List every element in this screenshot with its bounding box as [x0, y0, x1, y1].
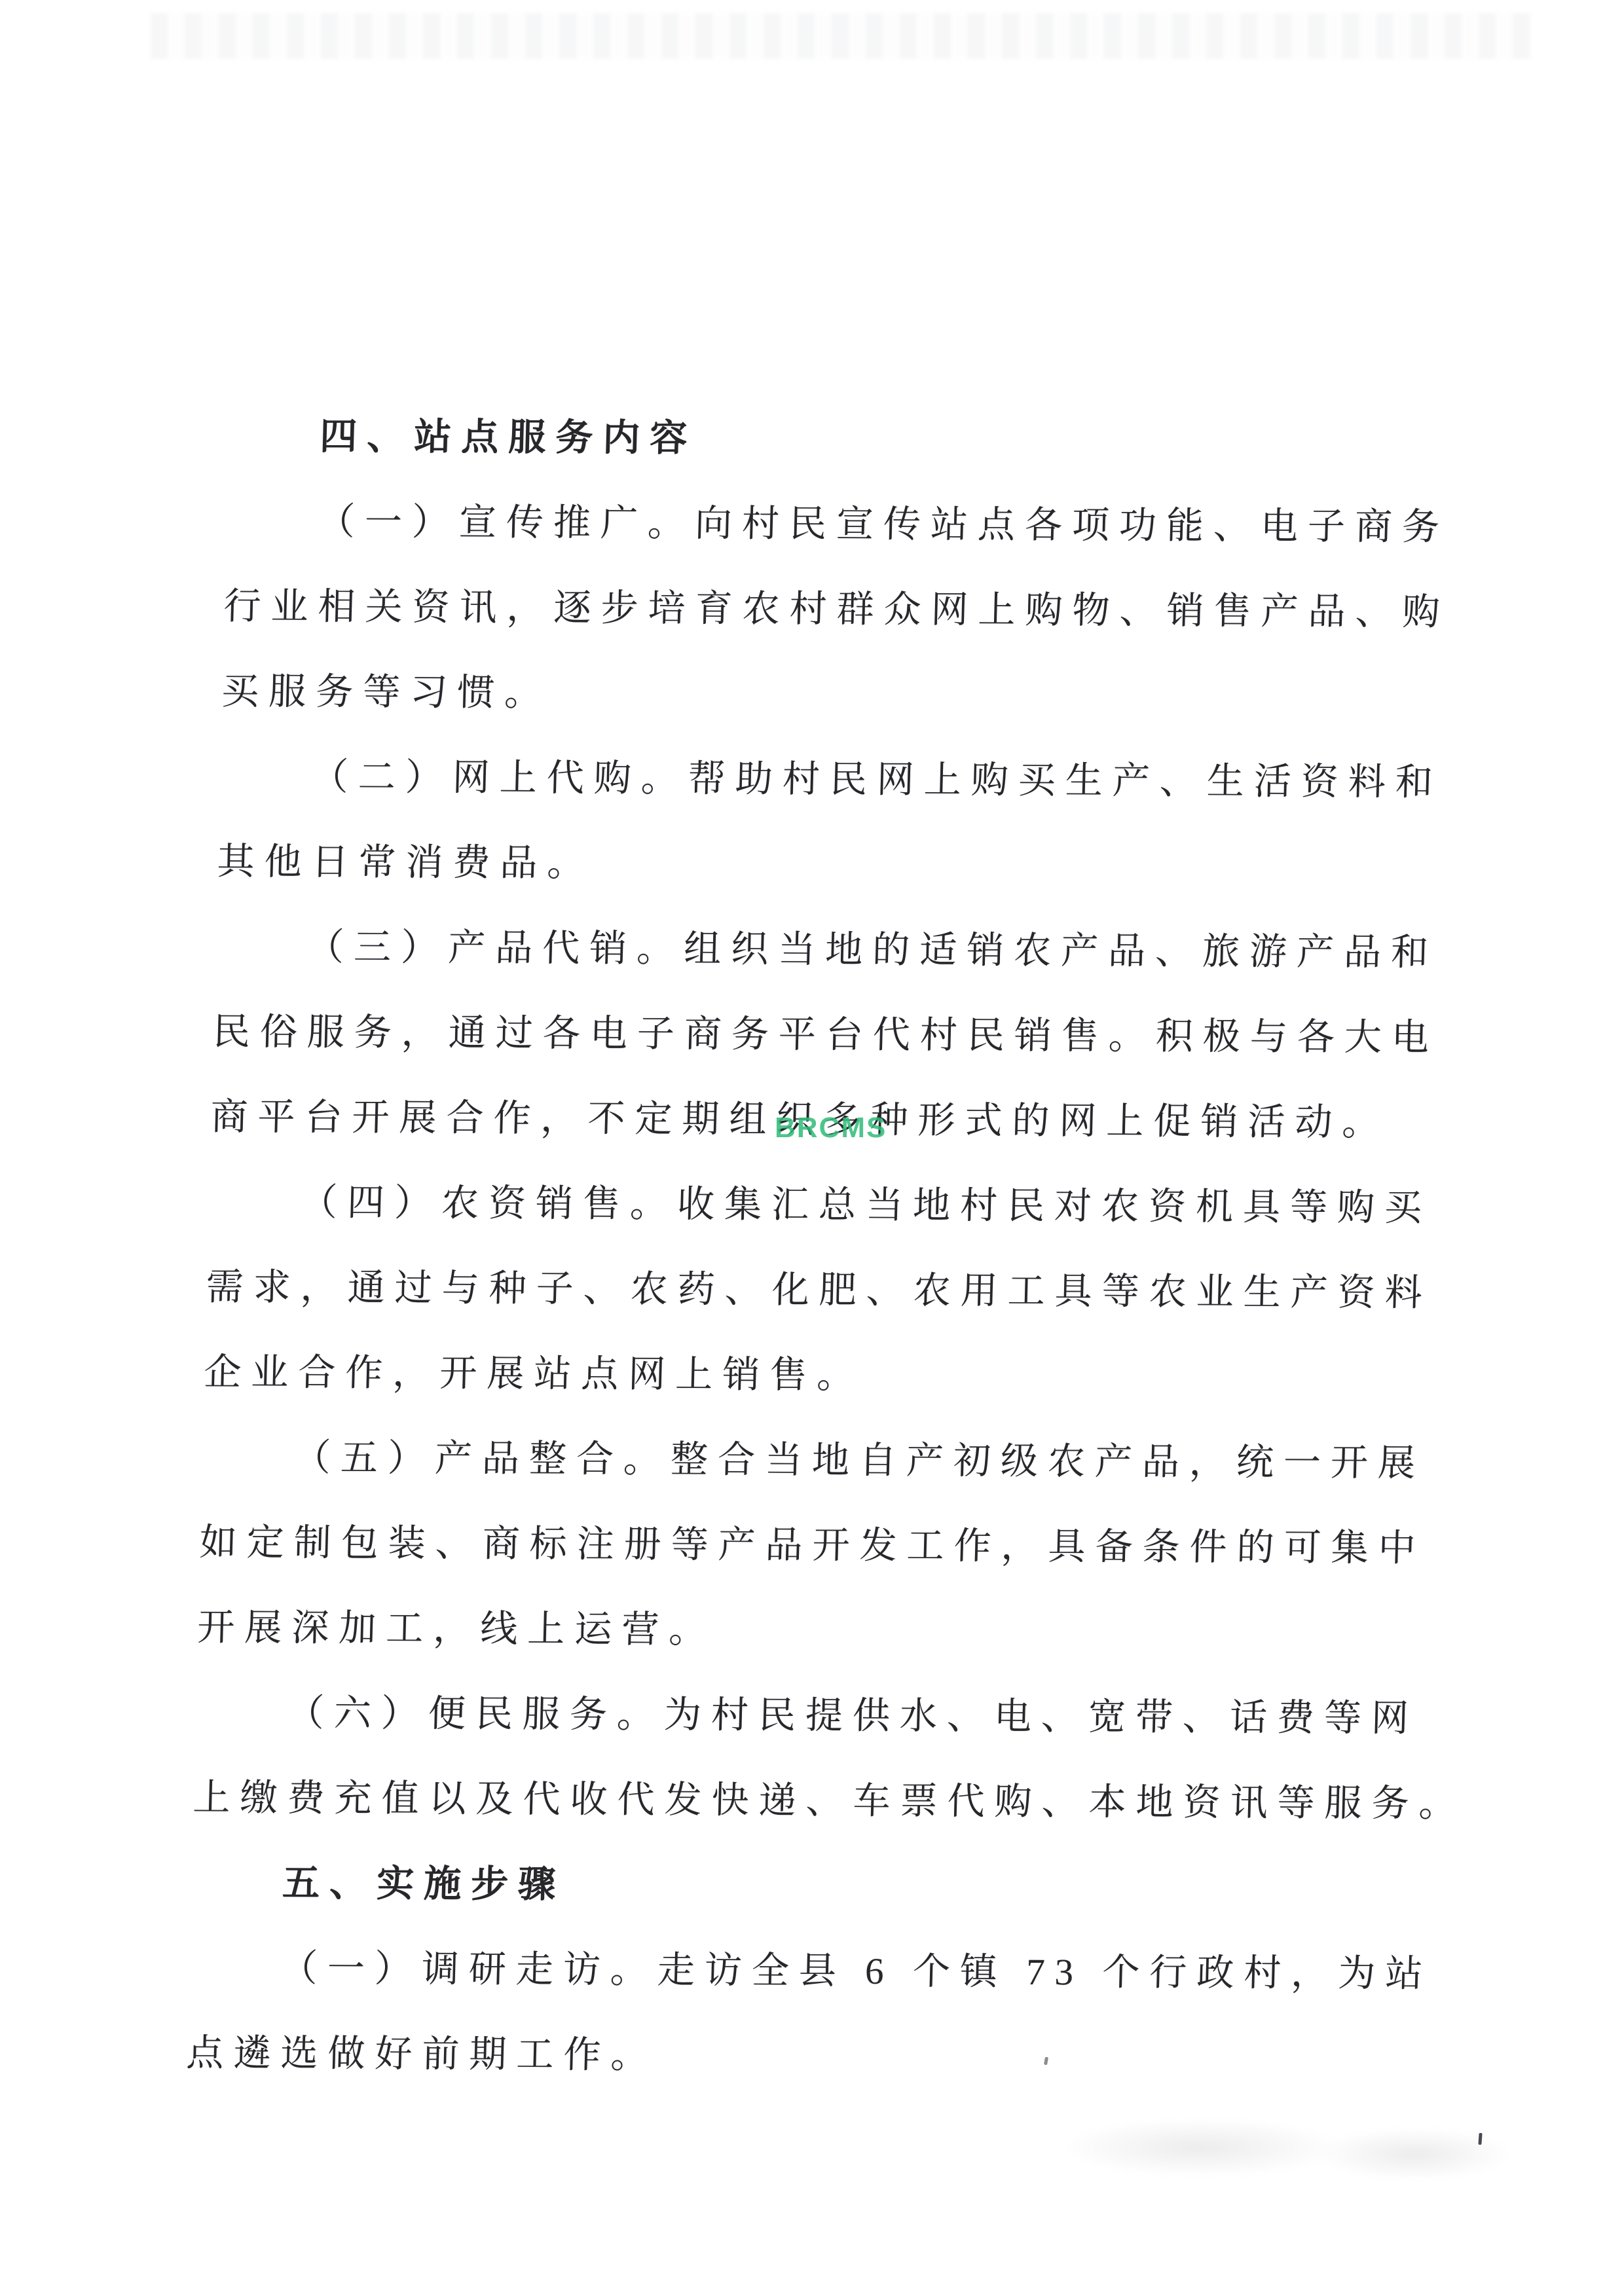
- document-line: 企业合作，开展站点网上销售。: [203, 1330, 1449, 1421]
- document-line: （五）产品整合。整合当地自产初级农产品，统一开展: [200, 1415, 1447, 1506]
- section-heading: 四、站点服务内容: [227, 394, 1473, 485]
- document-line: 需求，通过与种子、农药、化肥、农用工具等农业生产资料: [205, 1245, 1451, 1336]
- document-body: 四、站点服务内容（一）宣传推广。向村民宣传站点各项功能、电子商务行业相关资讯，逐…: [185, 394, 1473, 2102]
- document-line: （一）宣传推广。向村民宣传站点各项功能、电子商务: [225, 479, 1471, 570]
- section-heading: 五、实施步骤: [190, 1841, 1436, 1932]
- page-bleed-through-artifact: [151, 13, 1532, 59]
- document-line: （三）产品代销。组织当地的适销农产品、旅游产品和: [213, 905, 1460, 996]
- document-line: 开展深加工，线上运营。: [196, 1586, 1443, 1677]
- document-line: 如定制包装、商标注册等产品开发工作，具备条件的可集中: [198, 1501, 1445, 1592]
- document-line: （六）便民服务。为村民提供水、电、宽带、话费等网: [194, 1671, 1440, 1762]
- document-line: 行业相关资讯，逐步培育农村群众网上购物、销售产品、购: [223, 564, 1469, 655]
- document-line: （一）调研走访。走访全县 6 个镇 73 个行政村，为站: [187, 1926, 1433, 2017]
- scan-smudge-artifact: [1061, 2118, 1342, 2177]
- document-line: （四）农资销售。收集汇总当地村民对农资机具等购买: [207, 1160, 1453, 1251]
- scan-smudge-artifact: [1316, 2128, 1513, 2180]
- document-line: 买服务等习惯。: [221, 649, 1467, 740]
- document-line: 点遴选做好前期工作。: [185, 2011, 1431, 2102]
- document-line: 民俗服务，通过各电子商务平台代村民销售。积极与各大电: [212, 990, 1458, 1081]
- document-line: （二）网上代购。帮助村民网上购买生产、生活资料和: [218, 735, 1464, 826]
- document-line: 上缴费充值以及代收代发快递、车票代购、本地资讯等服务。: [192, 1756, 1438, 1847]
- scanned-document-page: 四、站点服务内容（一）宣传推广。向村民宣传站点各项功能、电子商务行业相关资讯，逐…: [0, 0, 1624, 2296]
- document-line: 其他日常消费品。: [216, 820, 1462, 911]
- brcms-watermark: BRCMS: [775, 1112, 887, 1144]
